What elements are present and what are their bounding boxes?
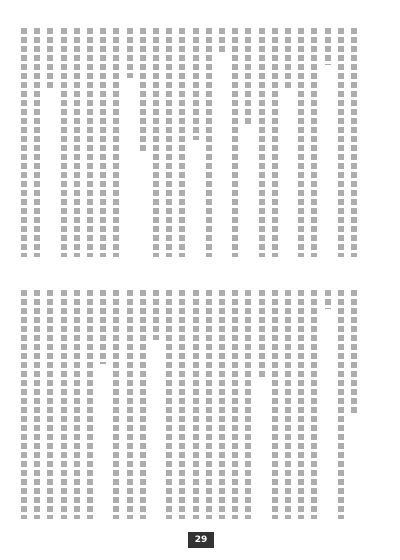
text-line — [122, 290, 135, 522]
text-line — [294, 28, 307, 260]
text-line — [202, 290, 215, 522]
text-line — [347, 28, 360, 260]
text-line — [175, 28, 188, 260]
text-line — [162, 28, 175, 260]
text-line — [188, 290, 201, 522]
text-line — [136, 28, 149, 260]
text-line — [294, 290, 307, 522]
text-line — [56, 290, 69, 522]
text-line — [228, 290, 241, 522]
text-line — [320, 290, 333, 522]
text-line — [334, 28, 347, 260]
text-line — [70, 28, 83, 260]
text-line — [109, 28, 122, 260]
text-line — [149, 28, 162, 260]
text-line — [241, 290, 254, 522]
text-line — [30, 290, 43, 522]
text-line — [254, 28, 267, 260]
text-line — [43, 290, 56, 522]
text-line — [56, 28, 69, 260]
text-line — [30, 28, 43, 260]
text-line — [202, 28, 215, 260]
text-line — [254, 290, 267, 522]
text-line — [281, 28, 294, 260]
text-line — [96, 28, 109, 260]
text-line — [175, 290, 188, 522]
text-line — [162, 290, 175, 522]
text-line — [96, 290, 109, 522]
text-line — [188, 28, 201, 260]
text-line — [307, 290, 320, 522]
text-line — [70, 290, 83, 522]
text-line — [149, 290, 162, 522]
lower-text-block — [17, 290, 360, 522]
text-line — [241, 28, 254, 260]
text-line — [268, 290, 281, 522]
text-line — [347, 290, 360, 522]
text-line — [136, 290, 149, 522]
text-line — [83, 290, 96, 522]
text-line — [17, 290, 30, 522]
page-number: 29 — [188, 532, 214, 548]
text-line — [281, 290, 294, 522]
text-line — [228, 28, 241, 260]
upper-text-block — [17, 28, 360, 260]
text-line — [268, 28, 281, 260]
text-line — [17, 28, 30, 260]
text-line — [334, 290, 347, 522]
text-line — [215, 290, 228, 522]
text-line — [43, 28, 56, 260]
text-line — [307, 28, 320, 260]
text-line — [122, 28, 135, 260]
text-line — [109, 290, 122, 522]
text-line — [320, 28, 333, 260]
text-line — [83, 28, 96, 260]
text-line — [215, 28, 228, 260]
